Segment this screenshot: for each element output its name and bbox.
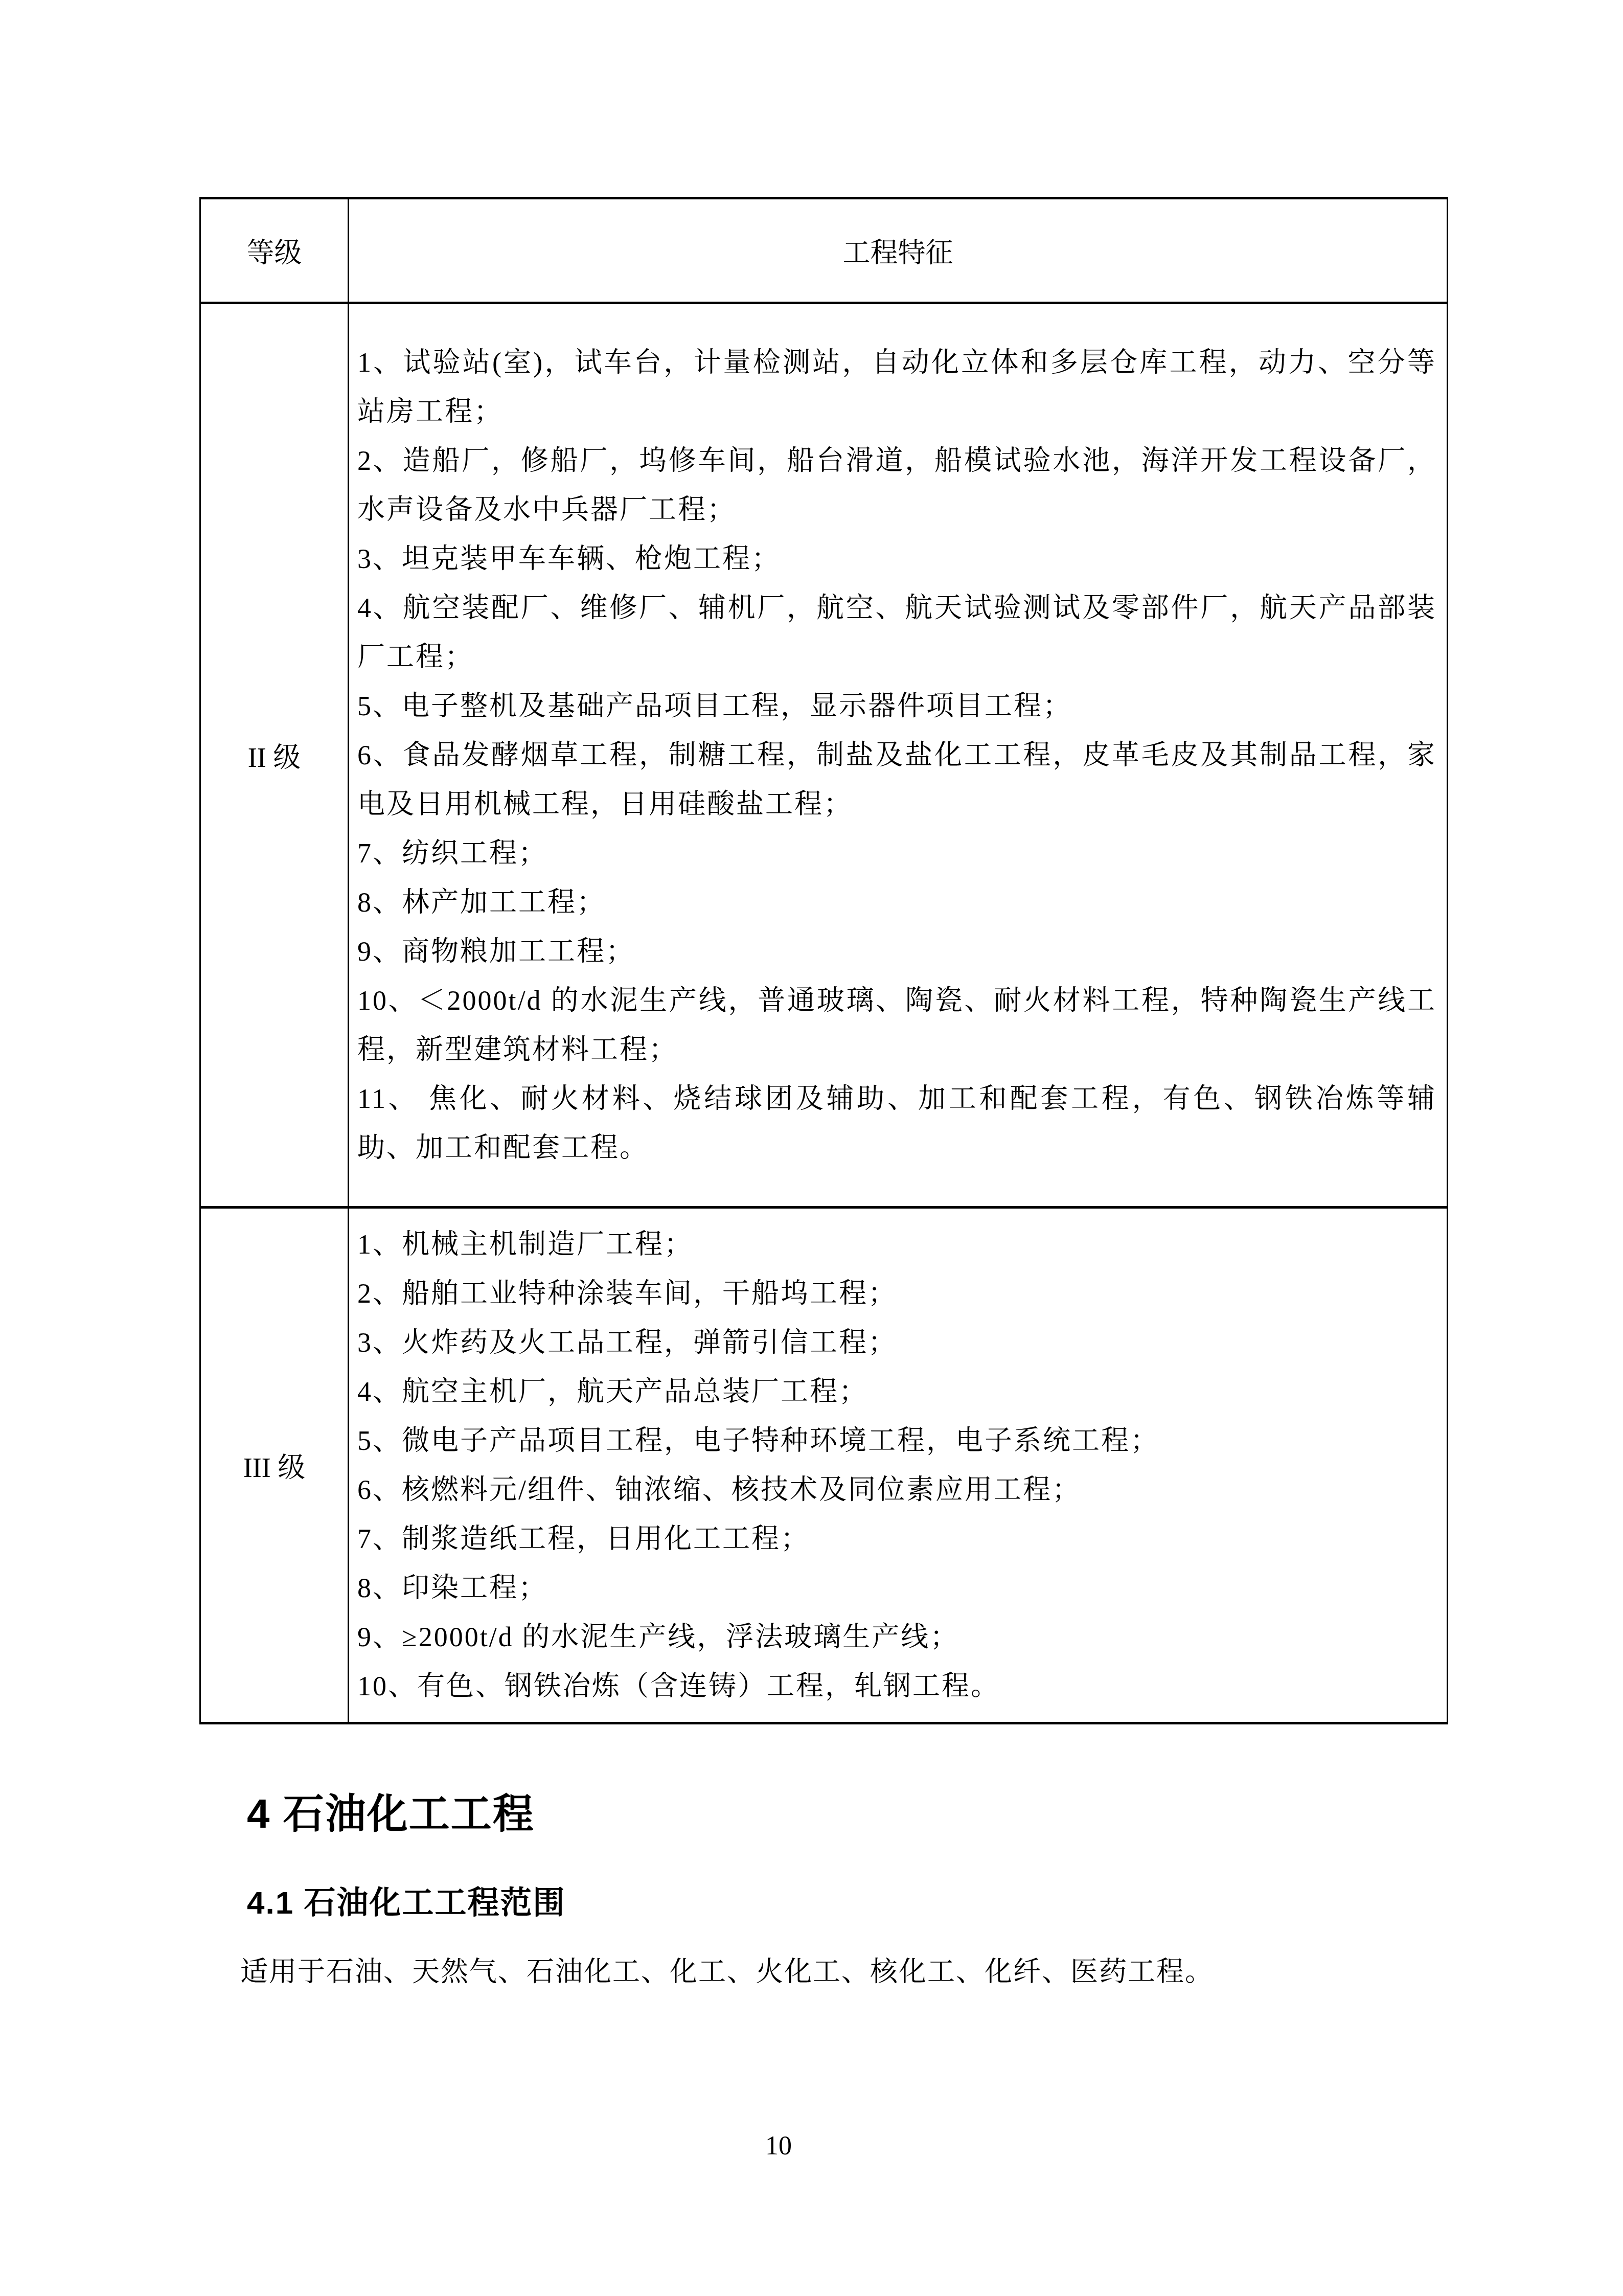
feature-item: 11、 焦化、耐火材料、烧结球团及辅助、加工和配套工程，有色、钢铁冶炼等辅助、加… [357, 1074, 1436, 1172]
feature-item: 1、试验站(室)，试车台，计量检测站，自动化立体和多层仓库工程，动力、空分等站房… [357, 338, 1436, 436]
grade-label-ii: II 级 [200, 303, 349, 1208]
feature-item: 9、商物粮加工工程； [357, 927, 1436, 976]
feature-item: 6、食品发酵烟草工程，制糖工程，制盐及盐化工工程，皮革毛皮及其制品工程，家电及日… [357, 731, 1436, 829]
grade-label-iii: III 级 [200, 1208, 349, 1723]
table-header-grade: 等级 [200, 198, 349, 303]
section-heading: 4 石油化工工程 [247, 1788, 1623, 1839]
grade-feature-table: 等级 工程特征 II 级 1、试验站(室)，试车台，计量检测站，自动化立体和多层… [199, 197, 1448, 1724]
feature-item: 4、航空主机厂，航天产品总装厂工程； [357, 1367, 1436, 1416]
feature-item: 1、机械主机制造厂工程； [357, 1220, 1436, 1269]
feature-item: 6、核燃料元/组件、铀浓缩、核技术及同位素应用工程； [357, 1465, 1436, 1514]
table-row-grade-ii: II 级 1、试验站(室)，试车台，计量检测站，自动化立体和多层仓库工程，动力、… [200, 303, 1448, 1208]
table-row-grade-iii: III 级 1、机械主机制造厂工程； 2、船舶工业特种涂装车间，干船坞工程； 3… [200, 1208, 1448, 1723]
table-header-feature: 工程特征 [349, 198, 1448, 303]
feature-item: 3、火炸药及火工品工程，弹箭引信工程； [357, 1318, 1436, 1367]
subsection-heading: 4.1 石油化工工程范围 [247, 1883, 1623, 1923]
feature-item: 8、印染工程； [357, 1563, 1436, 1612]
feature-item: 10、有色、钢铁冶炼（含连铸）工程，轧钢工程。 [357, 1662, 1436, 1711]
feature-item: 7、纺织工程； [357, 829, 1436, 878]
feature-item: 10、＜2000t/d 的水泥生产线，普通玻璃、陶瓷、耐火材料工程，特种陶瓷生产… [357, 976, 1436, 1074]
feature-item: 2、造船厂，修船厂，坞修车间，船台滑道，船模试验水池，海洋开发工程设备厂，水声设… [357, 436, 1436, 534]
feature-items-cell-ii: 1、试验站(室)，试车台，计量检测站，自动化立体和多层仓库工程，动力、空分等站房… [349, 303, 1448, 1208]
feature-item: 3、坦克装甲车车辆、枪炮工程； [357, 534, 1436, 583]
feature-item: 2、船舶工业特种涂装车间，干船坞工程； [357, 1269, 1436, 1318]
page-number: 10 [765, 2131, 792, 2162]
feature-item: 9、≥2000t/d 的水泥生产线，浮法玻璃生产线； [357, 1612, 1436, 1662]
scope-paragraph: 适用于石油、天然气、石油化工、化工、火化工、核化工、化纤、医药工程。 [240, 1954, 1447, 1990]
feature-item: 8、林产加工工程； [357, 878, 1436, 927]
document-page: 等级 工程特征 II 级 1、试验站(室)，试车台，计量检测站，自动化立体和多层… [0, 0, 1623, 2296]
feature-item: 7、制浆造纸工程，日用化工工程； [357, 1514, 1436, 1563]
feature-item: 4、航空装配厂、维修厂、辅机厂，航空、航天试验测试及零部件厂，航天产品部装厂工程… [357, 583, 1436, 681]
feature-item: 5、电子整机及基础产品项目工程，显示器件项目工程； [357, 681, 1436, 731]
feature-items-cell-iii: 1、机械主机制造厂工程； 2、船舶工业特种涂装车间，干船坞工程； 3、火炸药及火… [349, 1208, 1448, 1723]
table-header-row: 等级 工程特征 [200, 198, 1448, 303]
feature-item: 5、微电子产品项目工程，电子特种环境工程，电子系统工程； [357, 1416, 1436, 1465]
